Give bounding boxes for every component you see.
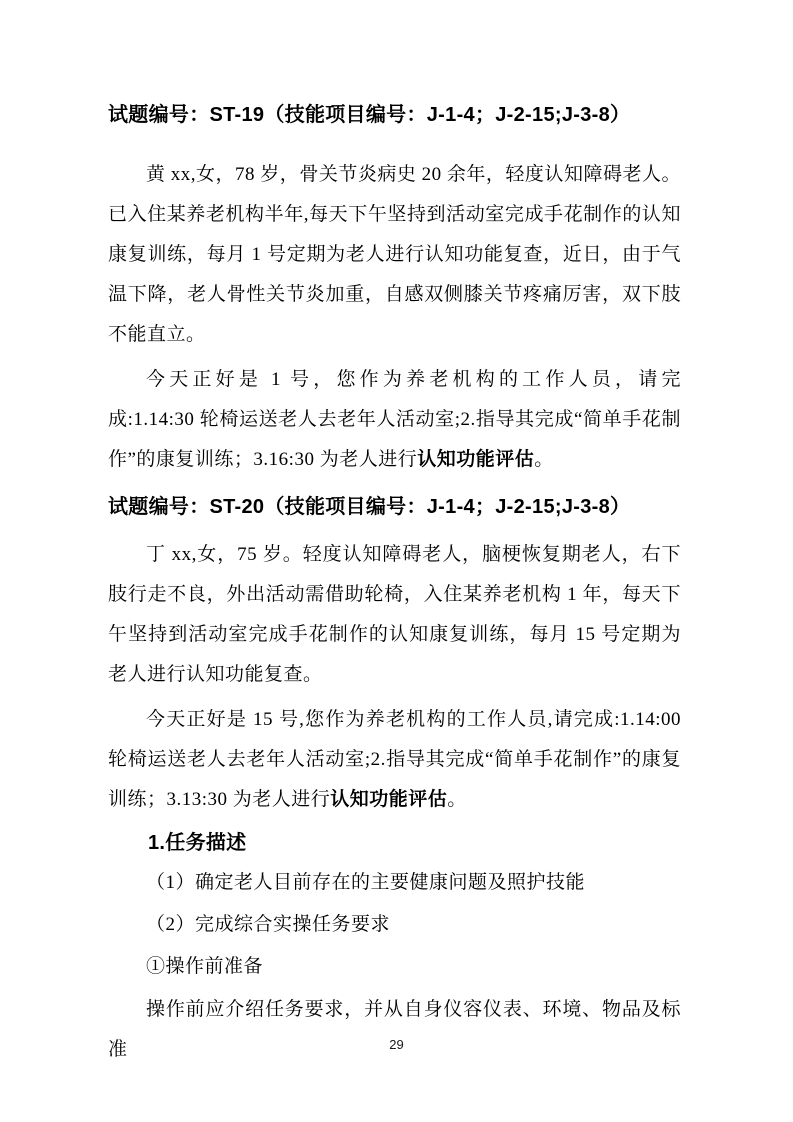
task-paragraph-st19: 今天正好是 1 号，您作为养老机构的工作人员，请完成:1.14:30 轮椅运送老… — [108, 360, 681, 480]
heading-st20: 试题编号：ST-20（技能项目编号：J-1-4；J-2-15;J-3-8） — [108, 487, 681, 527]
task-item-2: （2）完成综合实操任务要求 — [108, 905, 681, 945]
page-footer: 29 — [0, 1036, 793, 1054]
task-sub-item-1: ①操作前准备 — [108, 947, 681, 987]
task-st19-bold-phrase: 认知功能评估 — [417, 449, 534, 470]
page-content: 试题编号：ST-19（技能项目编号：J-1-4；J-2-15;J-3-8） 黄 … — [108, 95, 681, 1070]
case-paragraph-st20: 丁 xx,女，75 岁。轻度认知障碍老人，脑梗恢复期老人，右下肢行走不良，外出活… — [108, 535, 681, 695]
prep-paragraph: 操作前应介绍任务要求，并从自身仪容仪表、环境、物品及标准 — [108, 990, 681, 1070]
page-number: 29 — [389, 1037, 403, 1052]
task-st19-period: 。 — [534, 449, 554, 470]
case-paragraph-st19: 黄 xx,女，78 岁，骨关节炎病史 20 余年，轻度认知障碍老人。已入住某养老… — [108, 155, 681, 355]
task-st19-text: 今天正好是 1 号，您作为养老机构的工作人员，请完成:1.14:30 轮椅运送老… — [108, 369, 681, 470]
task-st20-period: 。 — [447, 789, 467, 810]
task-st20-bold-phrase: 认知功能评估 — [330, 789, 447, 810]
document-page: 试题编号：ST-19（技能项目编号：J-1-4；J-2-15;J-3-8） 黄 … — [0, 0, 793, 1122]
section-title-task-description: 1.任务描述 — [108, 823, 681, 863]
task-paragraph-st20: 今天正好是 15 号,您作为养老机构的工作人员,请完成:1.14:00 轮椅运送… — [108, 700, 681, 820]
heading-st19: 试题编号：ST-19（技能项目编号：J-1-4；J-2-15;J-3-8） — [108, 95, 681, 135]
task-item-1: （1）确定老人目前存在的主要健康问题及照护技能 — [108, 863, 681, 903]
